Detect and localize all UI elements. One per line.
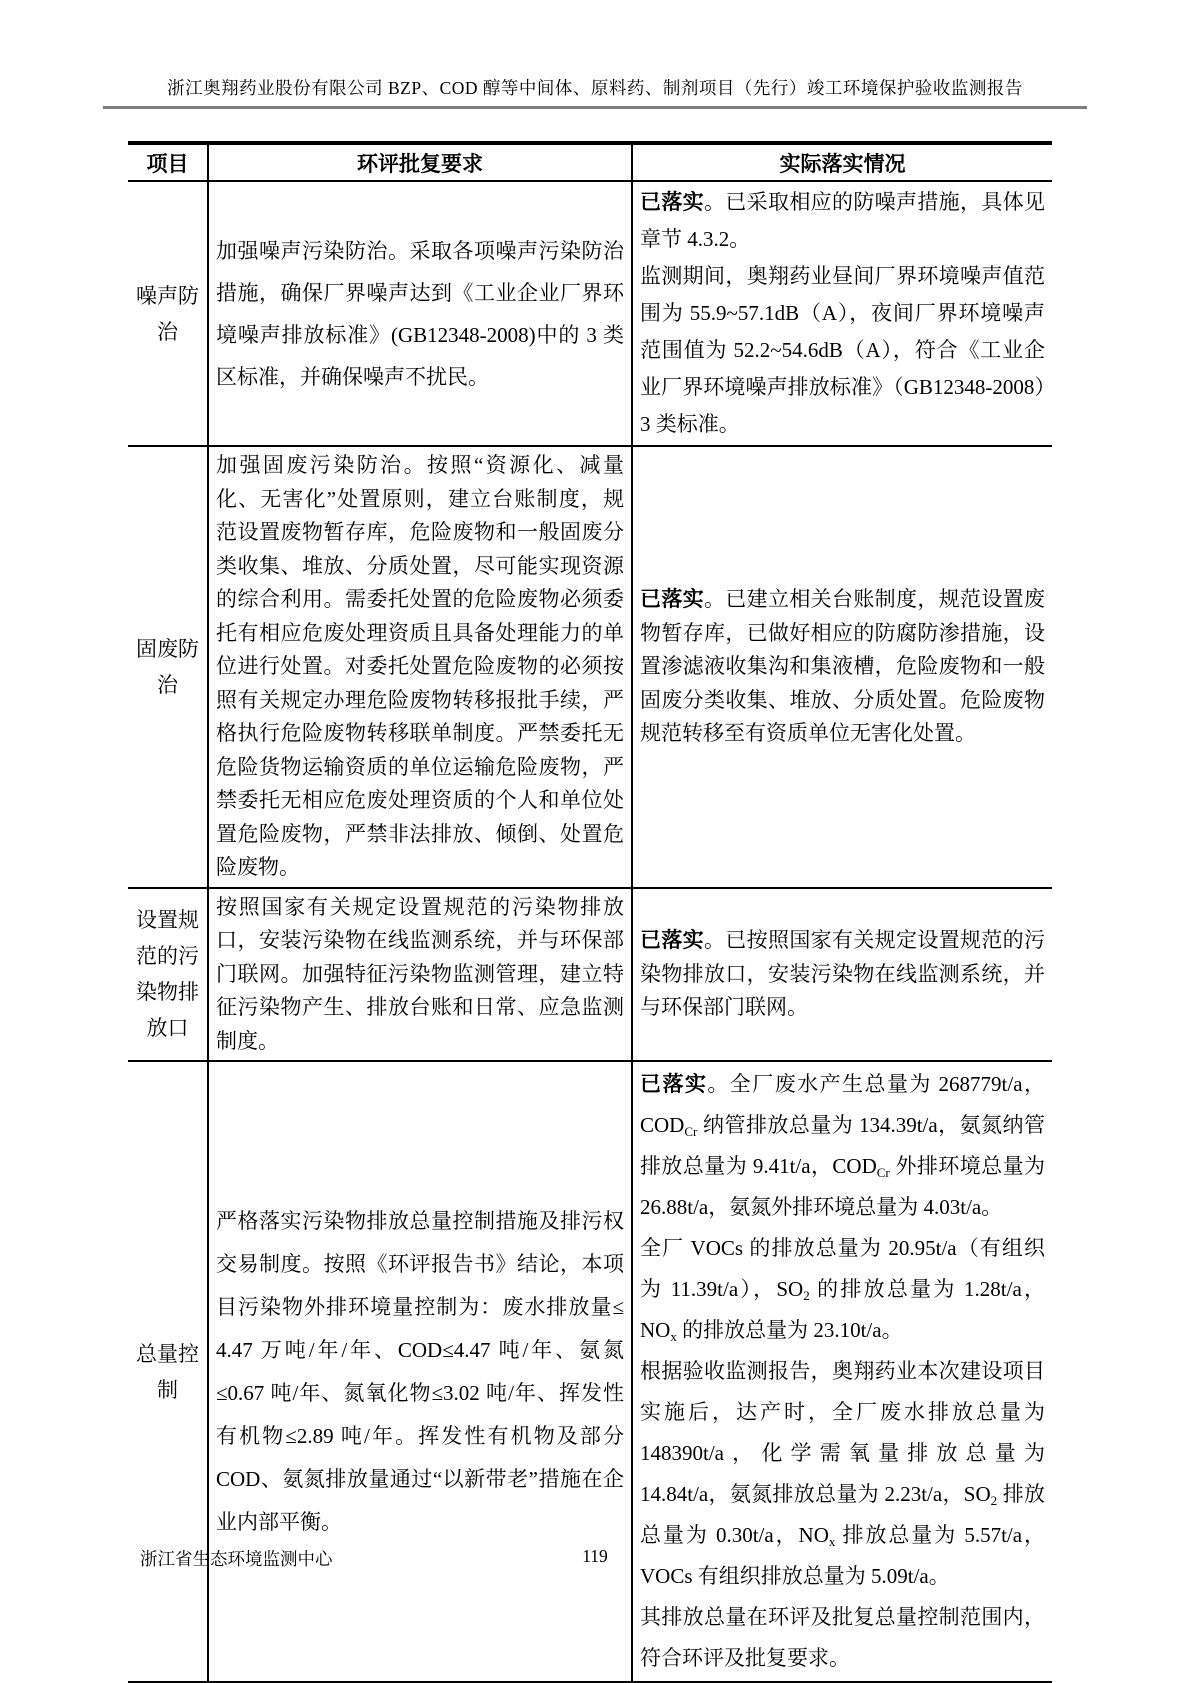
row-implementation-cell: 已落实。已建立相关台账制度，规范设置废物暂存库，已做好相应的防腐防渗措施，设置渗… — [632, 446, 1052, 888]
bold-text: 已落实 — [640, 190, 704, 214]
text-run: 严格落实污染物排放总量控制措施及排污权交易制度。按照《环评报告书》结论，本项目污… — [216, 1209, 624, 1534]
row-item-label: 总量控制 — [128, 1061, 208, 1683]
row-item-label: 噪声防治 — [128, 181, 208, 446]
bold-text: 已落实 — [640, 1072, 707, 1096]
text-run: 加强固废污染防治。按照“资源化、减量化、无害化”处置原则，建立台账制度，规范设置… — [216, 453, 624, 879]
paragraph: 严格落实污染物排放总量控制措施及排污权交易制度。按照《环评报告书》结论，本项目污… — [216, 1200, 624, 1544]
row-requirement-cell: 按照国家有关规定设置规范的污染物排放口，安装污染物在线监测系统，并与环保部门联网… — [208, 888, 632, 1062]
header-title: 浙江奥翔药业股份有限公司 BZP、COD 醇等中间体、原料药、制剂项目（先行）竣… — [103, 76, 1087, 100]
table-row: 固废防治加强固废污染防治。按照“资源化、减量化、无害化”处置原则，建立台账制度，… — [128, 446, 1052, 888]
page-footer: 浙江省生态环境监测中心 119 — [0, 1546, 1190, 1572]
footer-organization: 浙江省生态环境监测中心 — [140, 1546, 333, 1571]
column-header-item: 项目 — [128, 143, 208, 181]
row-requirement-cell: 加强噪声污染防治。采取各项噪声污染防治措施，确保厂界噪声达到《工业企业厂界环境噪… — [208, 181, 632, 446]
bold-text: 已落实 — [640, 587, 704, 611]
row-implementation-cell: 已落实。已采取相应的防噪声措施，具体见章节 4.3.2。监测期间，奥翔药业昼间厂… — [632, 181, 1052, 446]
table-row: 设置规范的污染物排放口按照国家有关规定设置规范的污染物排放口，安装污染物在线监测… — [128, 888, 1052, 1062]
row-requirement-cell: 严格落实污染物排放总量控制措施及排污权交易制度。按照《环评报告书》结论，本项目污… — [208, 1061, 632, 1683]
paragraph: 加强固废污染防治。按照“资源化、减量化、无害化”处置原则，建立台账制度，规范设置… — [216, 449, 624, 885]
paragraph: 加强噪声污染防治。采取各项噪声污染防治措施，确保厂界噪声达到《工业企业厂界环境噪… — [216, 230, 624, 398]
bold-text: 已落实 — [640, 928, 704, 952]
row-item-label: 固废防治 — [128, 446, 208, 888]
column-header-requirement: 环评批复要求 — [208, 143, 632, 181]
paragraph: 监测期间，奥翔药业昼间厂界环境噪声值范围为 55.9~57.1dB（A），夜间厂… — [640, 258, 1045, 443]
row-implementation-cell: 已落实。已按照国家有关规定设置规范的污染物排放口，安装污染物在线监测系统，并与环… — [632, 888, 1052, 1062]
paragraph: 已落实。已建立相关台账制度，规范设置废物暂存库，已做好相应的防腐防渗措施，设置渗… — [640, 583, 1045, 751]
paragraph: 全厂 VOCs 的排放总量为 20.95t/a（有组织为 11.39t/a），S… — [640, 1228, 1045, 1351]
subscript-text: Cr — [684, 1124, 697, 1139]
footer-page-number: 119 — [582, 1546, 608, 1567]
paragraph: 已落实。已采取相应的防噪声措施，具体见章节 4.3.2。 — [640, 184, 1045, 258]
text-run: 根据验收监测报告，奥翔药业本次建设项目实施后，达产时，全厂废水排放总量为 148… — [640, 1359, 1045, 1506]
report-page: 浙江奥翔药业股份有限公司 BZP、COD 醇等中间体、原料药、制剂项目（先行）竣… — [0, 0, 1190, 1683]
text-run: 按照国家有关规定设置规范的污染物排放口，安装污染物在线监测系统，并与环保部门联网… — [216, 895, 624, 1053]
paragraph: 已落实。全厂废水产生总量为 268779t/a，CODCr 纳管排放总量为 13… — [640, 1064, 1045, 1228]
paragraph: 其排放总量在环评及批复总量控制范围内，符合环评及批复要求。 — [640, 1597, 1045, 1679]
text-run: 监测期间，奥翔药业昼间厂界环境噪声值范围为 55.9~57.1dB（A），夜间厂… — [640, 264, 1045, 436]
row-requirement-cell: 加强固废污染防治。按照“资源化、减量化、无害化”处置原则，建立台账制度，规范设置… — [208, 446, 632, 888]
paragraph: 已落实。已按照国家有关规定设置规范的污染物排放口，安装污染物在线监测系统，并与环… — [640, 924, 1045, 1025]
table-header-row: 项目 环评批复要求 实际落实情况 — [128, 143, 1052, 181]
row-implementation-cell: 已落实。全厂废水产生总量为 268779t/a，CODCr 纳管排放总量为 13… — [632, 1061, 1052, 1683]
text-run: 其排放总量在环评及批复总量控制范围内，符合环评及批复要求。 — [640, 1605, 1045, 1670]
table-row: 噪声防治加强噪声污染防治。采取各项噪声污染防治措施，确保厂界噪声达到《工业企业厂… — [128, 181, 1052, 446]
paragraph: 按照国家有关规定设置规范的污染物排放口，安装污染物在线监测系统，并与环保部门联网… — [216, 891, 624, 1059]
approval-implementation-table: 项目 环评批复要求 实际落实情况 噪声防治加强噪声污染防治。采取各项噪声污染防治… — [128, 141, 1052, 1683]
text-run: 的排放总量为 23.10t/a。 — [677, 1318, 903, 1342]
table-body: 噪声防治加强噪声污染防治。采取各项噪声污染防治措施，确保厂界噪声达到《工业企业厂… — [128, 181, 1052, 1683]
page-header: 浙江奥翔药业股份有限公司 BZP、COD 醇等中间体、原料药、制剂项目（先行）竣… — [103, 76, 1087, 109]
text-run: 加强噪声污染防治。采取各项噪声污染防治措施，确保厂界噪声达到《工业企业厂界环境噪… — [216, 239, 624, 389]
row-item-label: 设置规范的污染物排放口 — [128, 888, 208, 1062]
table-row: 总量控制严格落实污染物排放总量控制措施及排污权交易制度。按照《环评报告书》结论，… — [128, 1061, 1052, 1683]
subscript-text: Cr — [877, 1165, 890, 1180]
column-header-implementation: 实际落实情况 — [632, 143, 1052, 181]
